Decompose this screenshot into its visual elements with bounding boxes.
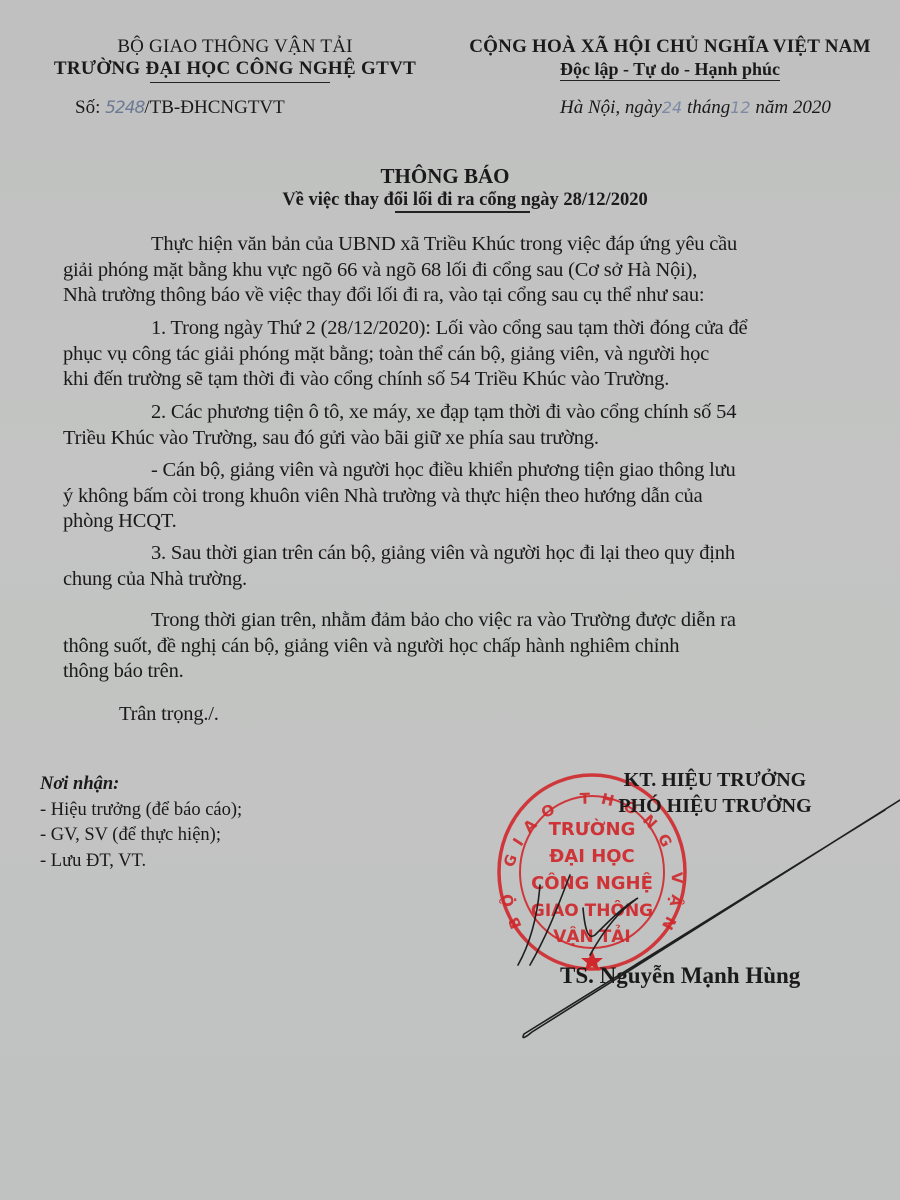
date-year: năm 2020 bbox=[751, 97, 831, 118]
date-line: Hà Nội, ngày24 tháng12 năm 2020 bbox=[560, 97, 831, 119]
closing-paragraph: Trong thời gian trên, nhằm đảm bảo cho v… bbox=[63, 608, 888, 685]
date-place: Hà Nội, ngày bbox=[560, 97, 662, 118]
text-line: ý không bấm còi trong khuôn viên Nhà trư… bbox=[63, 484, 888, 510]
document-title: THÔNG BÁO bbox=[0, 164, 895, 188]
text-line: 2. Các phương tiện ô tô, xe máy, xe đạp … bbox=[63, 400, 888, 426]
issuing-authority: BỘ GIAO THÔNG VẬN TẢI TRƯỜNG ĐẠI HỌC CÔN… bbox=[20, 36, 450, 83]
text-line: Trong thời gian trên, nhằm đảm bảo cho v… bbox=[63, 608, 888, 634]
header-left-underline bbox=[150, 82, 330, 83]
date-month-handwritten: 12 bbox=[730, 98, 750, 117]
text-line: - Cán bộ, giảng viên và người học điều k… bbox=[63, 458, 888, 484]
text-line: thông suốt, đề nghị cán bộ, giảng viên v… bbox=[63, 634, 888, 660]
text-line: khi đến trường sẽ tạm thời đi vào cổng c… bbox=[63, 367, 888, 393]
text-line: 1. Trong ngày Thứ 2 (28/12/2020): Lối và… bbox=[63, 316, 888, 342]
text-line: Nhà trường thông báo về việc thay đổi lố… bbox=[63, 283, 888, 309]
handwritten-signature-icon bbox=[480, 780, 900, 1070]
item-1-paragraph: 1. Trong ngày Thứ 2 (28/12/2020): Lối và… bbox=[63, 316, 888, 393]
date-day-handwritten: 24 bbox=[662, 98, 682, 117]
doc-number-handwritten: 5248 bbox=[105, 98, 144, 118]
item-2-note-paragraph: - Cán bộ, giảng viên và người học điều k… bbox=[63, 458, 888, 535]
text-line: 3. Sau thời gian trên cán bộ, giảng viên… bbox=[63, 541, 888, 567]
text-line: thông báo trên. bbox=[63, 659, 888, 685]
school-name: TRƯỜNG ĐẠI HỌC CÔNG NGHỆ GTVT bbox=[20, 58, 450, 80]
recipient-item: - GV, SV (để thực hiện); bbox=[40, 823, 242, 849]
recipients-heading: Nơi nhận: bbox=[40, 772, 242, 798]
national-header: CỘNG HOÀ XÃ HỘI CHỦ NGHĨA VIỆT NAM Độc l… bbox=[455, 36, 885, 81]
recipients-block: Nơi nhận: - Hiệu trưởng (để báo cáo); - … bbox=[40, 772, 242, 874]
title-underline bbox=[395, 211, 530, 213]
document-subject: Về việc thay đổi lối đi ra cổng ngày 28/… bbox=[15, 188, 900, 212]
text-line: phòng HCQT. bbox=[63, 509, 888, 535]
recipient-item: - Lưu ĐT, VT. bbox=[40, 849, 242, 875]
intro-paragraph: Thực hiện văn bản của UBND xã Triều Khúc… bbox=[63, 232, 888, 309]
recipient-item: - Hiệu trưởng (để báo cáo); bbox=[40, 798, 242, 824]
text-line: Trân trọng./. bbox=[63, 702, 888, 728]
nation-name: CỘNG HOÀ XÃ HỘI CHỦ NGHĨA VIỆT NAM bbox=[455, 36, 885, 58]
ministry-name: BỘ GIAO THÔNG VẬN TẢI bbox=[20, 36, 450, 58]
text-line: giải phóng mặt bằng khu vực ngõ 66 và ng… bbox=[63, 258, 888, 284]
doc-number-suffix: /TB-ĐHCNGTVT bbox=[144, 97, 284, 118]
text-line: Triều Khúc vào Trường, sau đó gửi vào bã… bbox=[63, 426, 888, 452]
text-line: Thực hiện văn bản của UBND xã Triều Khúc… bbox=[63, 232, 888, 258]
item-3-paragraph: 3. Sau thời gian trên cán bộ, giảng viên… bbox=[63, 541, 888, 592]
regards-paragraph: Trân trọng./. bbox=[63, 702, 888, 728]
national-motto: Độc lập - Tự do - Hạnh phúc bbox=[560, 58, 780, 81]
text-line: phục vụ công tác giải phóng mặt bằng; to… bbox=[63, 342, 888, 368]
document-title-block: THÔNG BÁO Về việc thay đổi lối đi ra cổn… bbox=[0, 164, 900, 212]
text-line: chung của Nhà trường. bbox=[63, 567, 888, 593]
document-number: Số: 5248/TB-ĐHCNGTVT bbox=[75, 97, 285, 119]
item-2-paragraph: 2. Các phương tiện ô tô, xe máy, xe đạp … bbox=[63, 400, 888, 451]
date-month-label: tháng bbox=[682, 97, 730, 118]
doc-number-prefix: Số: bbox=[75, 97, 105, 118]
